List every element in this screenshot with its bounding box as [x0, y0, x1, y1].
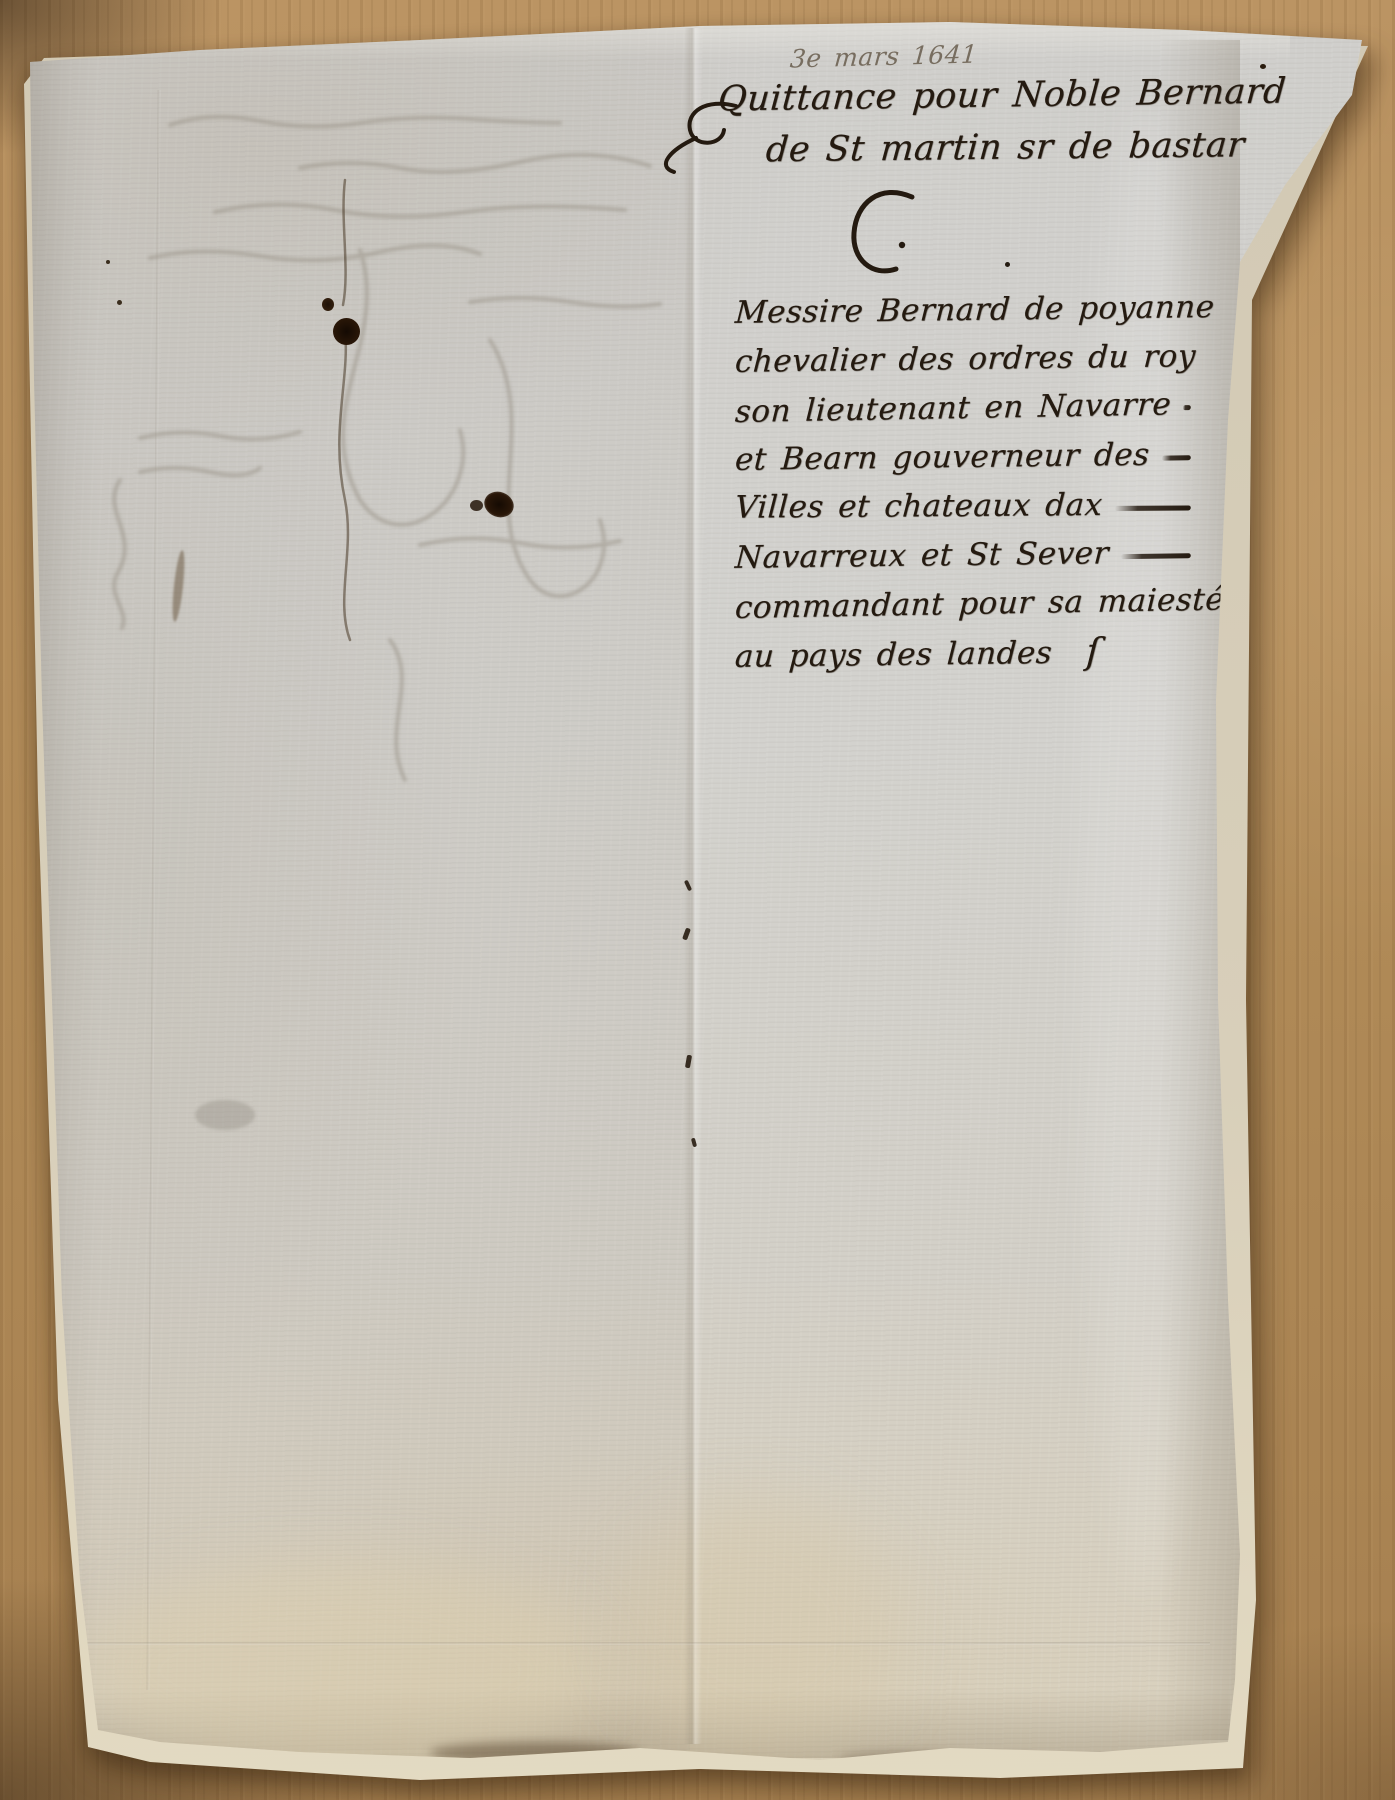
body-line: Navarreux et St Sever — [734, 534, 1196, 576]
body-line: Messire Bernard de poyanne — [734, 289, 1196, 331]
calligraphic-c-flourish — [840, 185, 950, 295]
ink-dash — [1121, 553, 1191, 559]
manuscript-photo: 3e mars 1641 Quittance pour Noble Bernar… — [0, 0, 1395, 1800]
body-line: au pays des landes ſ — [734, 630, 1196, 677]
age-stain — [620, 1500, 900, 1760]
body-text: au pays des landes — [734, 634, 1053, 674]
body-text: Villes et chateaux dax — [734, 487, 1104, 526]
top-edge-highlight — [40, 18, 1290, 60]
title-line-2: de St martin sr de bastar — [764, 126, 1199, 171]
body-text: commandant pour sa maiesté — [734, 581, 1225, 626]
title-text: Quittance pour Noble Bernard — [717, 72, 1288, 120]
paper-stack: 3e mars 1641 Quittance pour Noble Bernar… — [0, 0, 1395, 1800]
manuscript-sheet: 3e mars 1641 Quittance pour Noble Bernar… — [0, 0, 1395, 1800]
body-line: commandant pour sa maiesté — [734, 582, 1196, 626]
ink-dash — [1114, 505, 1191, 511]
ink-dash — [1161, 455, 1191, 460]
title-line-1: Quittance pour Noble Bernard — [717, 72, 1220, 119]
body-line: chevalier des ordres du roy — [734, 338, 1196, 380]
ink-speck — [1005, 262, 1010, 267]
ink-dash — [1183, 405, 1191, 410]
body-line: son lieutenant en Navarre — [734, 386, 1196, 430]
body-line: Villes et chateaux dax — [734, 486, 1196, 525]
paragraph-end-mark: ſ — [1085, 631, 1101, 672]
ink-blot — [322, 298, 334, 311]
body-line: et Bearn gouverneur des — [734, 436, 1196, 478]
ink-bleedthrough-marks — [60, 80, 680, 1180]
body-text: son lieutenant en Navarre — [734, 386, 1172, 430]
title-text: de St martin sr de bastar — [764, 125, 1246, 170]
body-text: et Bearn gouverneur des — [734, 437, 1151, 478]
ink-blot — [333, 318, 360, 345]
body-text: Navarreux et St Sever — [734, 535, 1110, 576]
ink-speck — [106, 260, 110, 264]
date-annotation: 3e mars 1641 — [789, 40, 979, 74]
ink-blot — [470, 500, 483, 511]
ink-speck — [117, 300, 122, 305]
bottom-crease — [70, 1642, 1210, 1645]
ink-speck — [1260, 64, 1266, 69]
body-text: Messire Bernard de poyanne — [734, 289, 1216, 331]
body-text: chevalier des ordres du roy — [734, 338, 1197, 380]
